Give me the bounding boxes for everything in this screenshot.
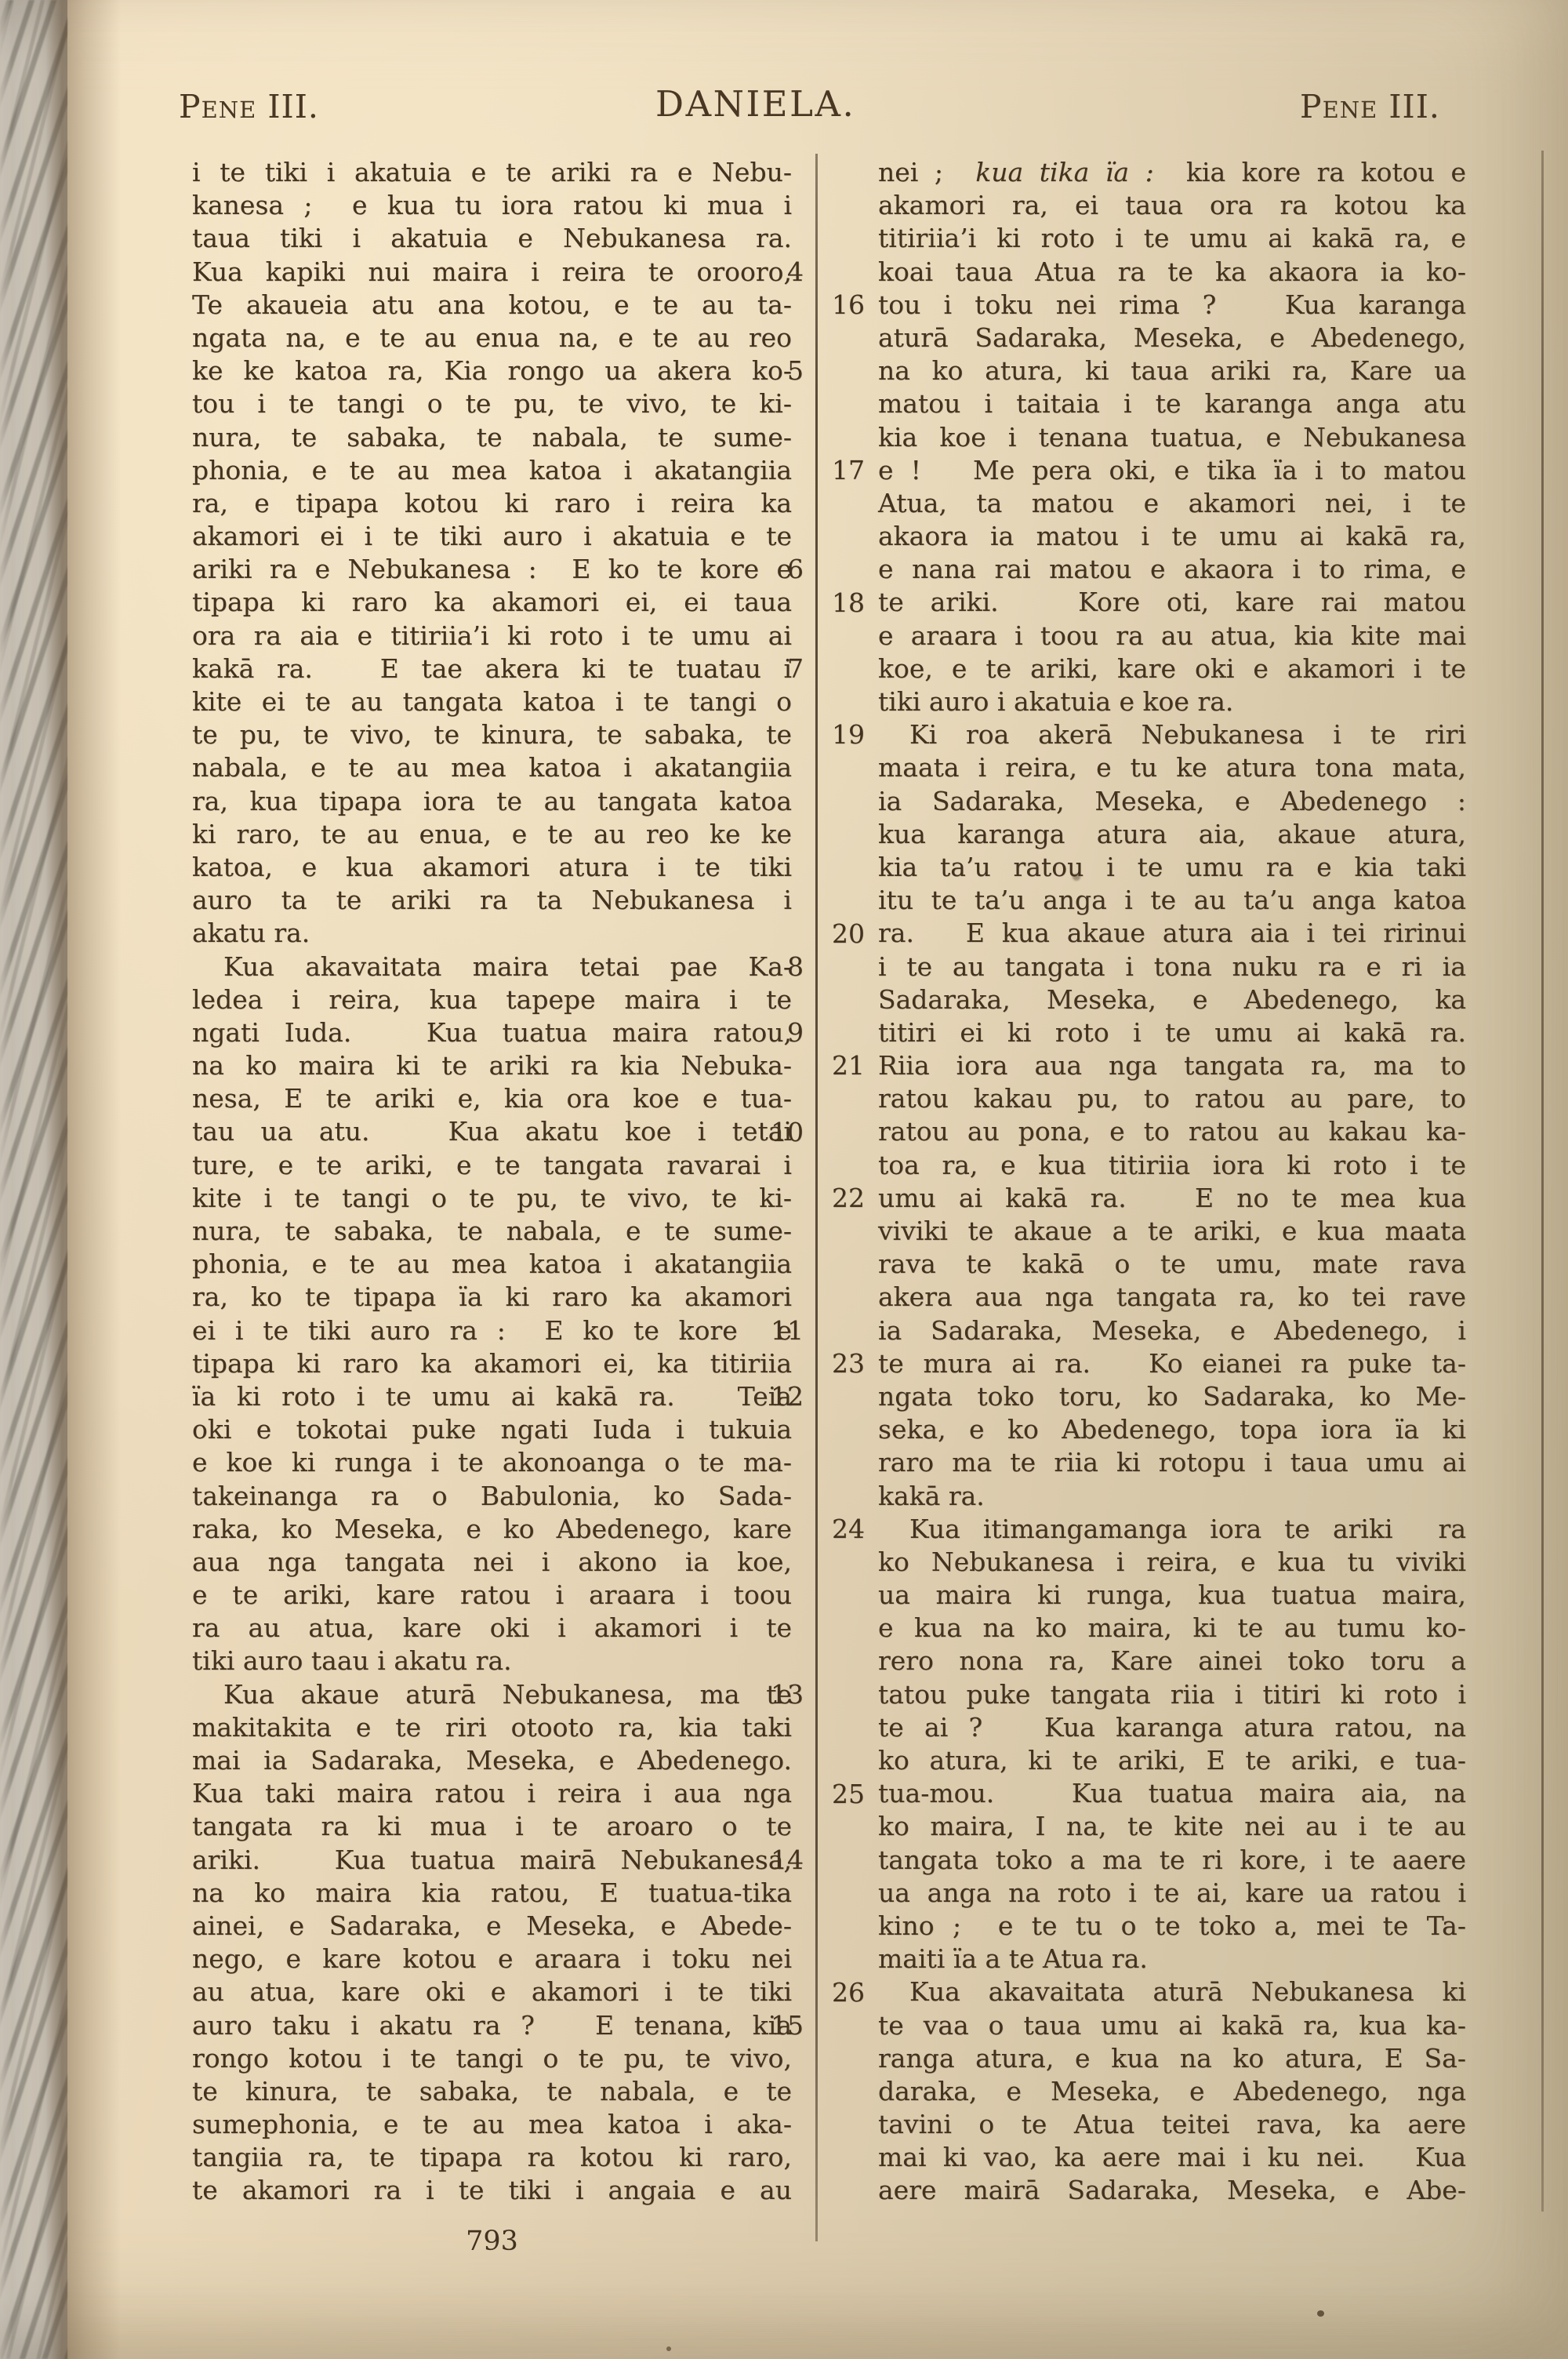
verse-number: 14 [741, 1844, 804, 1877]
text-line: katoa, e kua akamori atura i te tiki [192, 851, 792, 884]
text-line: maata i reira, e tu ke atura tona mata, [878, 751, 1466, 784]
text-line: na ko maira kia ratou, E tuatua-tika [192, 1877, 792, 1910]
text-line: Riia iora aua nga tangata ra, ma to [878, 1049, 1466, 1082]
verse-number: 6 [741, 553, 804, 586]
text-line: te ariki. Kore oti, kare rai matou [878, 586, 1466, 619]
text-line: tangiia ra, te tipapa ra kotou ki raro, [192, 2141, 792, 2174]
text-column-left: i te tiki i akatuia e te ariki ra e Nebu… [192, 156, 792, 2208]
text-line: mai ki vao, ka aere mai i ku nei. Kua [878, 2141, 1466, 2174]
verse-number: 20 [802, 918, 865, 951]
text-line: nura, te sabaka, te nabala, te sume- [192, 421, 792, 454]
text-line: Kua akavaitata aturā Nebukanesa ki [878, 1976, 1466, 2008]
text-line: rongo kotou i te tangi o te pu, te vivo, [192, 2042, 792, 2075]
text-line: auro taku i akatu ra ? E tenana, kia [192, 2009, 792, 2042]
text-line: Kua itimangamanga iora te ariki ra [878, 1513, 1466, 1546]
text-line: na ko atura, ki taua ariki ra, Kare ua [878, 354, 1466, 387]
text-line: tiki auro i akatuia e koe ra. [878, 685, 1466, 718]
text-line: ariki ra e Nebukanesa : E ko te kore e [192, 553, 792, 586]
verse-number: 11 [741, 1314, 804, 1347]
text-line: ariki. Kua tuatua mairā Nebukanesa, [192, 1844, 792, 1877]
text-line: aturā Sadaraka, Meseka, e Abedenego, [878, 322, 1466, 354]
ink-speck [1073, 874, 1080, 881]
text-line: ei i te tiki auro ra : E ko te kore e [192, 1314, 792, 1347]
text-line: ainei, e Sadaraka, e Meseka, e Abede- [192, 1910, 792, 1943]
text-line: koe, e te ariki, kare oki e akamori i te [878, 652, 1466, 685]
text-line: viviki te akaue a te ariki, e kua maata [878, 1215, 1466, 1248]
text-line: akamori ra, ei taua ora ra kotou ka [878, 189, 1466, 222]
verse-number: 10 [741, 1116, 804, 1149]
text-line: matou i taitaia i te karanga anga atu [878, 387, 1466, 420]
text-line: Kua taki maira ratou i reira i aua nga [192, 1777, 792, 1810]
verse-number: 8 [741, 951, 804, 983]
text-line: tipapa ki raro ka akamori ei, ka titirii… [192, 1347, 792, 1380]
text-line: akaora ia matou i te umu ai kakā ra, [878, 520, 1466, 553]
text-line: nego, e kare kotou e araara i toku nei [192, 1943, 792, 1976]
verse-number: 26 [802, 1976, 865, 2009]
text-line: makitakita e te riri otooto ra, kia taki [192, 1711, 792, 1744]
text-line: akatu ra. [192, 917, 792, 950]
text-line: ua maira ki runga, kua tuatua maira, [878, 1579, 1466, 1612]
text-line: ngati Iuda. Kua tuatua maira ratou, [192, 1016, 792, 1049]
text-line: aua nga tangata nei i akono ia koe, [192, 1546, 792, 1579]
text-line: ratou au pona, e to ratou au kakau ka- [878, 1115, 1466, 1148]
verse-number: 22 [802, 1182, 865, 1215]
text-line: ua anga na roto i te ai, kare ua ratou i [878, 1877, 1466, 1910]
text-line: ko maira, I na, te kite nei au i te au [878, 1810, 1466, 1843]
text-line: Te akaueia atu ana kotou, e te au ta- [192, 289, 792, 322]
text-line: Kua kapiki nui maira i reira te orooro, [192, 256, 792, 289]
text-line: e araara i toou ra au atua, kia kite mai [878, 620, 1466, 652]
text-line: kia ta’u ratou i te umu ra e kia taki [878, 851, 1466, 884]
text-line: Sadaraka, Meseka, e Abedenego, ka [878, 983, 1466, 1016]
text-line: na ko maira ki te ariki ra kia Nebuka- [192, 1049, 792, 1082]
text-line: ranga atura, e kua na ko atura, E Sa- [878, 2042, 1466, 2075]
text-line: ture, e te ariki, e te tangata ravarai i [192, 1149, 792, 1182]
text-line: i te au tangata i tona nuku ra e ri ia [878, 951, 1466, 983]
text-line: daraka, e Meseka, e Abedenego, nga [878, 2075, 1466, 2108]
text-line: au atua, kare oki e akamori i te tiki [192, 1976, 792, 2008]
running-head-title: DANIELA. [655, 83, 855, 125]
page-number: 793 [192, 2226, 792, 2257]
text-line: tavini o te Atua teitei rava, ka aere [878, 2108, 1466, 2141]
text-line: nabala, e te au mea katoa i akatangiia [192, 751, 792, 784]
text-line: ra, e tipapa kotou ki raro i reira ka [192, 487, 792, 520]
text-line: tua-mou. Kua tuatua maira aia, na [878, 1777, 1466, 1810]
text-line: te ai ? Kua karanga atura ratou, na [878, 1711, 1466, 1744]
text-line: ko atura, ki te ariki, E te ariki, e tua… [878, 1744, 1466, 1777]
text-line: te kinura, te sabaka, te nabala, e te [192, 2075, 792, 2108]
text-line: kite ei te au tangata katoa i te tangi o [192, 685, 792, 718]
text-line: aere mairā Sadaraka, Meseka, e Abe- [878, 2174, 1466, 2207]
text-line: toa ra, e kua titiriia iora ki roto i te [878, 1149, 1466, 1182]
text-line: i te tiki i akatuia e te ariki ra e Nebu… [192, 156, 792, 189]
verse-number: 7 [741, 652, 804, 685]
text-line: tou i te tangi o te pu, te vivo, te ki- [192, 387, 792, 420]
text-line: seka, e ko Abedenego, topa iora ïa ki [878, 1413, 1466, 1446]
text-line: te pu, te vivo, te kinura, te sabaka, te [192, 718, 792, 751]
text-line: kua karanga atura aia, akaue atura, [878, 818, 1466, 851]
text-line: ra, ko te tipapa ïa ki raro ka akamori [192, 1281, 792, 1314]
scanned-page: Pene III. DANIELA. Pene III. i te tiki i… [0, 0, 1568, 2359]
text-line: ko Nebukanesa i reira, e kua tu viviki [878, 1546, 1466, 1579]
text-line: Atua, ta matou e akamori nei, i te [878, 487, 1466, 520]
text-line: Kua akaue aturā Nebukanesa, ma te [192, 1678, 792, 1711]
verse-number: 24 [802, 1513, 865, 1546]
text-line: kakā ra. E tae akera ki te tuatau i [192, 652, 792, 685]
text-line: tou i toku nei rima ? Kua karanga [878, 289, 1466, 322]
text-line: ki raro, te au enua, e te au reo ke ke [192, 818, 792, 851]
text-line: tau ua atu. Kua akatu koe i tetai [192, 1115, 792, 1148]
text-line: tatou puke tangata riia i titiri ki roto… [878, 1678, 1466, 1711]
gutter-shadow [45, 0, 121, 2359]
text-line: ratou kakau pu, to ratou au pare, to [878, 1082, 1466, 1115]
text-line: ia Sadaraka, Meseka, e Abedenego, i [878, 1314, 1466, 1347]
text-line: ïa ki roto i te umu ai kakā ra. Teia [192, 1380, 792, 1413]
text-line: nura, te sabaka, te nabala, e te sume- [192, 1215, 792, 1248]
text-line: ra. E kua akaue atura aia i tei ririnui [878, 917, 1466, 950]
verse-number: 16 [802, 289, 865, 322]
text-line: akamori ei i te tiki auro i akatuia e te [192, 520, 792, 553]
text-line: koai taua Atua ra te ka akaora ia ko- [878, 256, 1466, 289]
text-line: kino ; e te tu o te toko a, mei te Ta- [878, 1910, 1466, 1943]
verse-number: 15 [741, 2009, 804, 2042]
text-line: ora ra aia e titiriia’i ki roto i te umu… [192, 620, 792, 652]
text-line: taua tiki i akatuia e Nebukanesa ra. [192, 222, 792, 255]
text-line: ke ke katoa ra, Kia rongo ua akera ko- [192, 354, 792, 387]
verse-number: 17 [802, 454, 865, 487]
text-line: ngata na, e te au enua na, e te au reo [192, 322, 792, 354]
column-rule-right [1541, 151, 1544, 2212]
text-line: Kua akavaitata maira tetai pae Ka- [192, 951, 792, 983]
verse-number: 18 [802, 587, 865, 620]
text-line: ra au atua, kare oki i akamori i te [192, 1612, 792, 1645]
text-column-right: nei ; kua tika ïa : kia kore ra kotou ea… [878, 156, 1466, 2208]
text-line: phonia, e te au mea katoa i akatangiia [192, 454, 792, 487]
text-line: phonia, e te au mea katoa i akatangiia [192, 1248, 792, 1281]
text-line: raka, ko Meseka, e ko Abedenego, kare [192, 1513, 792, 1546]
running-head-left: Pene III. [179, 88, 319, 125]
verse-number: 4 [741, 256, 804, 289]
text-line: Ki roa akerā Nebukanesa i te riri [878, 718, 1466, 751]
text-line: umu ai kakā ra. E no te mea kua [878, 1182, 1466, 1215]
ink-speck [1317, 2310, 1324, 2317]
text-line: auro ta te ariki ra ta Nebukanesa i [192, 884, 792, 917]
running-head-right: Pene III. [1300, 88, 1440, 125]
text-line: rero nona ra, Kare ainei toko toru a [878, 1645, 1466, 1677]
text-line: kanesa ; e kua tu iora ratou ki mua i [192, 189, 792, 222]
text-line: raro ma te riia ki rotopu i taua umu ai [878, 1446, 1466, 1479]
text-line: maiti ïa a te Atua ra. [878, 1943, 1466, 1976]
text-line: rava te kakā o te umu, mate rava [878, 1248, 1466, 1281]
text-line: oki e tokotai puke ngati Iuda i tukuia [192, 1413, 792, 1446]
text-line: sumephonia, e te au mea katoa i aka- [192, 2108, 792, 2141]
text-line: itu te ta’u anga i te au ta’u anga katoa [878, 884, 1466, 917]
text-line: kia koe i tenana tuatua, e Nebukanesa [878, 421, 1466, 454]
text-line: ia Sadaraka, Meseka, e Abedenego : [878, 785, 1466, 818]
text-line: e ! Me pera oki, e tika ïa i to matou [878, 454, 1466, 487]
text-line: tipapa ki raro ka akamori ei, ei taua [192, 586, 792, 619]
text-line: mai ia Sadaraka, Meseka, e Abedenego. [192, 1744, 792, 1777]
text-line: ngata toko toru, ko Sadaraka, ko Me- [878, 1380, 1466, 1413]
verse-number: 19 [802, 718, 865, 751]
text-line: titiriia’i ki roto i te umu ai kakā ra, … [878, 222, 1466, 255]
text-line: tiki auro taau i akatu ra. [192, 1645, 792, 1677]
verse-number: 21 [802, 1049, 865, 1082]
text-line: takeinanga ra o Babulonia, ko Sada- [192, 1480, 792, 1513]
text-line: te vaa o taua umu ai kakā ra, kua ka- [878, 2009, 1466, 2042]
verse-number: 5 [741, 354, 804, 387]
text-line: ra, kua tipapa iora te au tangata katoa [192, 785, 792, 818]
text-line: tangata toko a ma te ri kore, i te aaere [878, 1844, 1466, 1877]
verse-number: 9 [741, 1016, 804, 1049]
verse-number: 13 [741, 1678, 804, 1711]
verse-number: 25 [802, 1778, 865, 1811]
text-line: te akamori ra i te tiki i angaia e au [192, 2174, 792, 2207]
ink-speck [666, 2346, 671, 2351]
text-line: titiri ei ki roto i te umu ai kakā ra. [878, 1016, 1466, 1049]
text-line: nei ; kua tika ïa : kia kore ra kotou e [878, 156, 1466, 189]
text-line: ledea i reira, kua tapepe maira i te [192, 983, 792, 1016]
text-line: e kua na ko maira, ki te au tumu ko- [878, 1612, 1466, 1645]
text-line: tangata ra ki mua i te aroaro o te [192, 1810, 792, 1843]
text-line: e te ariki, kare ratou i araara i toou [192, 1579, 792, 1612]
verse-number: 23 [802, 1347, 865, 1380]
text-line: nesa, E te ariki e, kia ora koe e tua- [192, 1082, 792, 1115]
text-line: kite i te tangi o te pu, te vivo, te ki- [192, 1182, 792, 1215]
text-line: e koe ki runga i te akonoanga o te ma- [192, 1446, 792, 1479]
text-line: e nana rai matou e akaora i to rima, e [878, 553, 1466, 586]
verse-number: 12 [741, 1380, 804, 1413]
text-line: te mura ai ra. Ko eianei ra puke ta- [878, 1347, 1466, 1380]
text-line: akera aua nga tangata ra, ko tei rave [878, 1281, 1466, 1314]
text-line: kakā ra. [878, 1480, 1466, 1513]
